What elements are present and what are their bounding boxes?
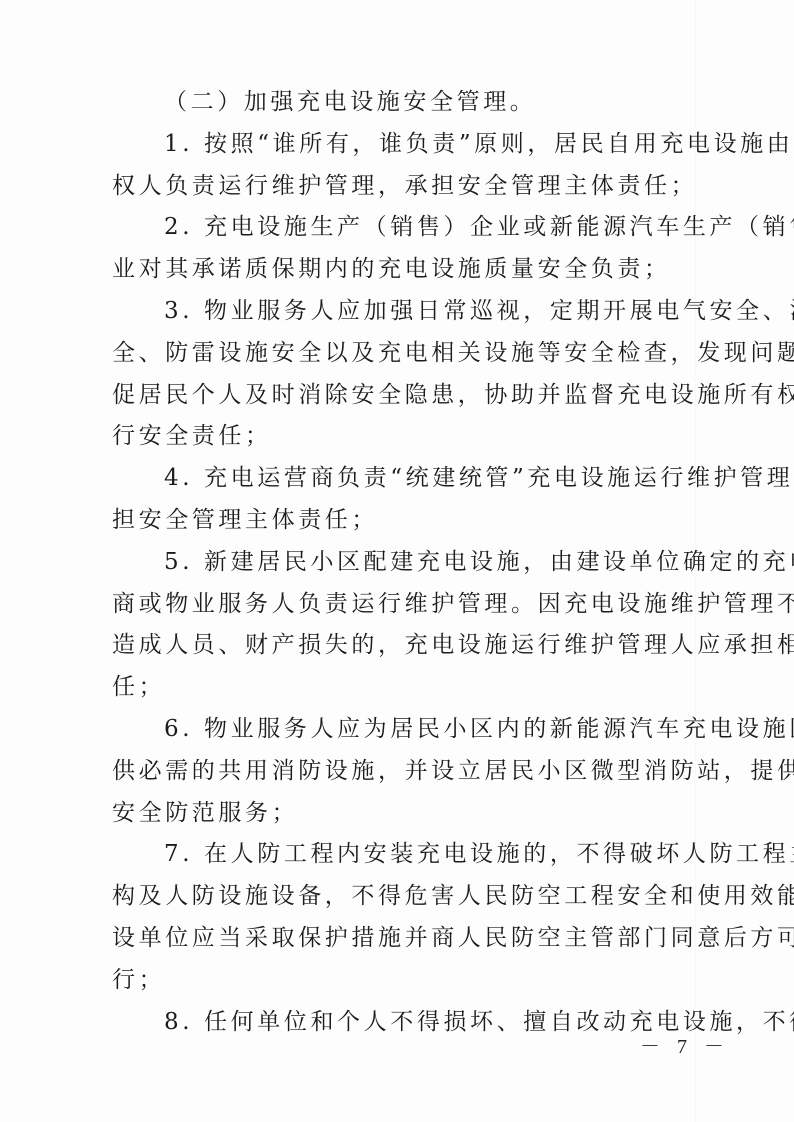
paragraph-line: 任；	[112, 667, 686, 709]
paragraph-line: 4. 充电运营商负责“统建统管”充电设施运行维护管理，承	[112, 458, 686, 500]
list-item-4: 4. 充电运营商负责“统建统管”充电设施运行维护管理，承 担安全管理主体责任；	[112, 458, 686, 542]
paragraph-line: 行安全责任；	[112, 416, 686, 458]
paragraph-line: 设单位应当采取保护措施并商人民防空主管部门同意后方可进	[112, 918, 686, 960]
list-item-3: 3. 物业服务人应加强日常巡视，定期开展电气安全、消防安 全、防雷设施安全以及充…	[112, 291, 686, 458]
document-page: （二）加强充电设施安全管理。 1. 按照“谁所有，谁负责”原则，居民自用充电设施…	[0, 0, 794, 1122]
list-item-1: 1. 按照“谁所有，谁负责”原则，居民自用充电设施由所有 权人负责运行维护管理，…	[112, 124, 686, 208]
paragraph-line: 商或物业服务人负责运行维护管理。因充电设施维护管理不到位	[112, 584, 686, 626]
paragraph-line: 权人负责运行维护管理，承担安全管理主体责任；	[112, 166, 686, 208]
document-body: （二）加强充电设施安全管理。 1. 按照“谁所有，谁负责”原则，居民自用充电设施…	[112, 82, 686, 1043]
paragraph-line: 供必需的共用消防设施，并设立居民小区微型消防站，提供消防	[112, 751, 686, 793]
paragraph-line: 业对其承诺质保期内的充电设施质量安全负责；	[112, 249, 686, 291]
paragraph-line: 5. 新建居民小区配建充电设施，由建设单位确定的充电运营	[112, 542, 686, 584]
list-item-6: 6. 物业服务人应为居民小区内的新能源汽车充电设施区域提 供必需的共用消防设施，…	[112, 709, 686, 834]
list-item-2: 2. 充电设施生产（销售）企业或新能源汽车生产（销售）企 业对其承诺质保期内的充…	[112, 207, 686, 291]
paragraph-line: 1. 按照“谁所有，谁负责”原则，居民自用充电设施由所有	[112, 124, 686, 166]
paragraph-line: 8. 任何单位和个人不得损坏、擅自改动充电设施，不得阻挠	[112, 1002, 686, 1044]
paragraph-line: 3. 物业服务人应加强日常巡视，定期开展电气安全、消防安	[112, 291, 686, 333]
paragraph-line: 构及人防设施设备，不得危害人民防空工程安全和使用效能，建	[112, 876, 686, 918]
paragraph-line: 担安全管理主体责任；	[112, 500, 686, 542]
section-heading: （二）加强充电设施安全管理。	[112, 82, 686, 124]
list-item-8: 8. 任何单位和个人不得损坏、擅自改动充电设施，不得阻挠	[112, 1002, 686, 1044]
page-number: － 7 －	[640, 1030, 730, 1059]
paragraph-line: 6. 物业服务人应为居民小区内的新能源汽车充电设施区域提	[112, 709, 686, 751]
list-item-7: 7. 在人防工程内安装充电设施的，不得破坏人防工程主体结 构及人防设施设备，不得…	[112, 834, 686, 1001]
paragraph-line: 促居民个人及时消除安全隐患，协助并监督充电设施所有权人履	[112, 375, 686, 417]
paragraph-line: 行；	[112, 960, 686, 1002]
paragraph-line: 7. 在人防工程内安装充电设施的，不得破坏人防工程主体结	[112, 834, 686, 876]
paragraph-line: 安全防范服务；	[112, 793, 686, 835]
paragraph-line: 2. 充电设施生产（销售）企业或新能源汽车生产（销售）企	[112, 207, 686, 249]
list-item-5: 5. 新建居民小区配建充电设施，由建设单位确定的充电运营 商或物业服务人负责运行…	[112, 542, 686, 709]
paragraph-line: 造成人员、财产损失的，充电设施运行维护管理人应承担相应责	[112, 625, 686, 667]
paragraph-line: 全、防雷设施安全以及充电相关设施等安全检查，发现问题应督	[112, 333, 686, 375]
